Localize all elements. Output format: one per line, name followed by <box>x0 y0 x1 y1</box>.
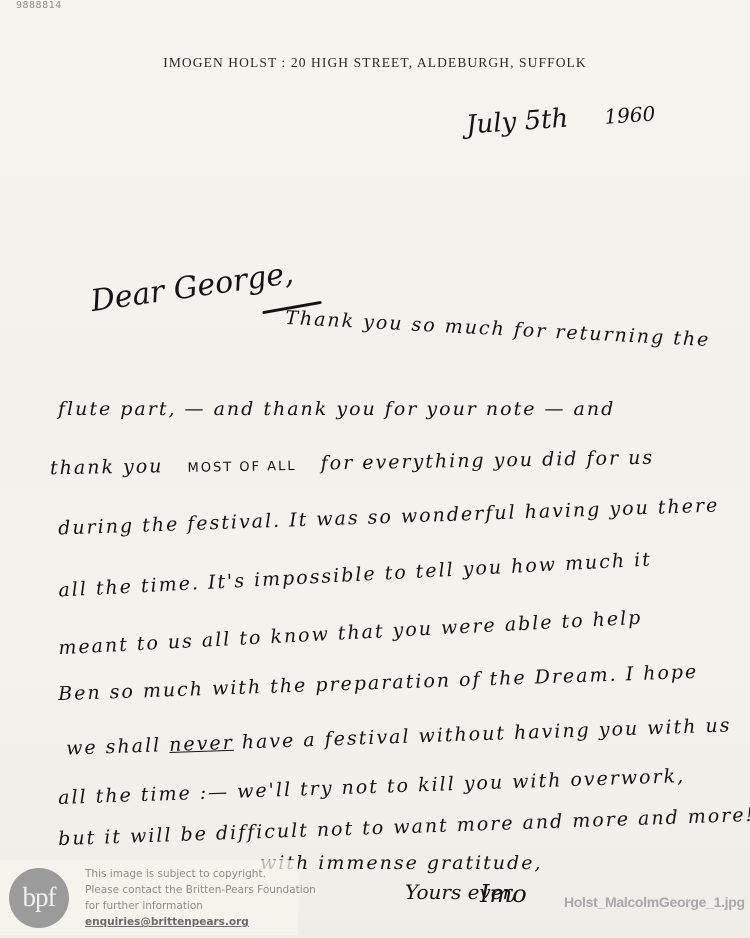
body-line-8: we shall never have a festival without h… <box>66 714 732 759</box>
body-line-7: Ben so much with the preparation of the … <box>58 661 699 705</box>
underlined-word: never <box>169 732 234 756</box>
filename-overlay: Holst_MalcolmGeorge_1.jpg <box>564 895 750 909</box>
copyright-line-3: for further information <box>85 898 316 914</box>
bpf-logo: bpf <box>9 868 69 928</box>
body-line-6: meant to us all to know that you were ab… <box>58 607 643 660</box>
body-text: thank you <box>50 455 164 479</box>
date-year: 1960 <box>604 101 656 128</box>
letter-date: July 5th 1960 <box>465 97 656 140</box>
body-line-3: thank you MOST OF ALL for everything you… <box>50 447 654 480</box>
copyright-line-2: Please contact the Britten-Pears Foundat… <box>85 882 316 898</box>
body-text: for everything you did for us <box>320 447 654 475</box>
body-line-2: flute part, — and thank you for your not… <box>58 398 615 420</box>
body-text: we shall <box>66 734 162 759</box>
catalog-number: 9888814 <box>16 0 62 11</box>
body-line-1: Thank you so much for returning the <box>285 307 711 351</box>
copyright-notice: This image is subject to copyright. Plea… <box>85 866 316 930</box>
copyright-line-1: This image is subject to copyright. <box>85 866 316 882</box>
body-line-4: during the festival. It was so wonderful… <box>58 494 720 539</box>
date-month-day: July 5th <box>465 104 569 141</box>
body-line-10: but it will be difficult not to want mor… <box>58 804 750 850</box>
body-line-5: all the time. It's impossible to tell yo… <box>58 548 653 601</box>
body-line-9: all the time :— we'll try not to kill yo… <box>58 765 686 809</box>
emphasis-text: MOST OF ALL <box>187 459 296 476</box>
body-text: have a festival without having you with … <box>241 714 731 753</box>
letter-page: 9888814 IMOGEN HOLST : 20 HIGH STREET, A… <box>0 0 750 938</box>
salutation: Dear George, <box>89 256 296 319</box>
email-link[interactable]: enquiries@brittenpears.org <box>85 916 249 928</box>
letterhead: IMOGEN HOLST : 20 HIGH STREET, ALDEBURGH… <box>0 55 750 71</box>
signature: Imo <box>480 880 527 908</box>
